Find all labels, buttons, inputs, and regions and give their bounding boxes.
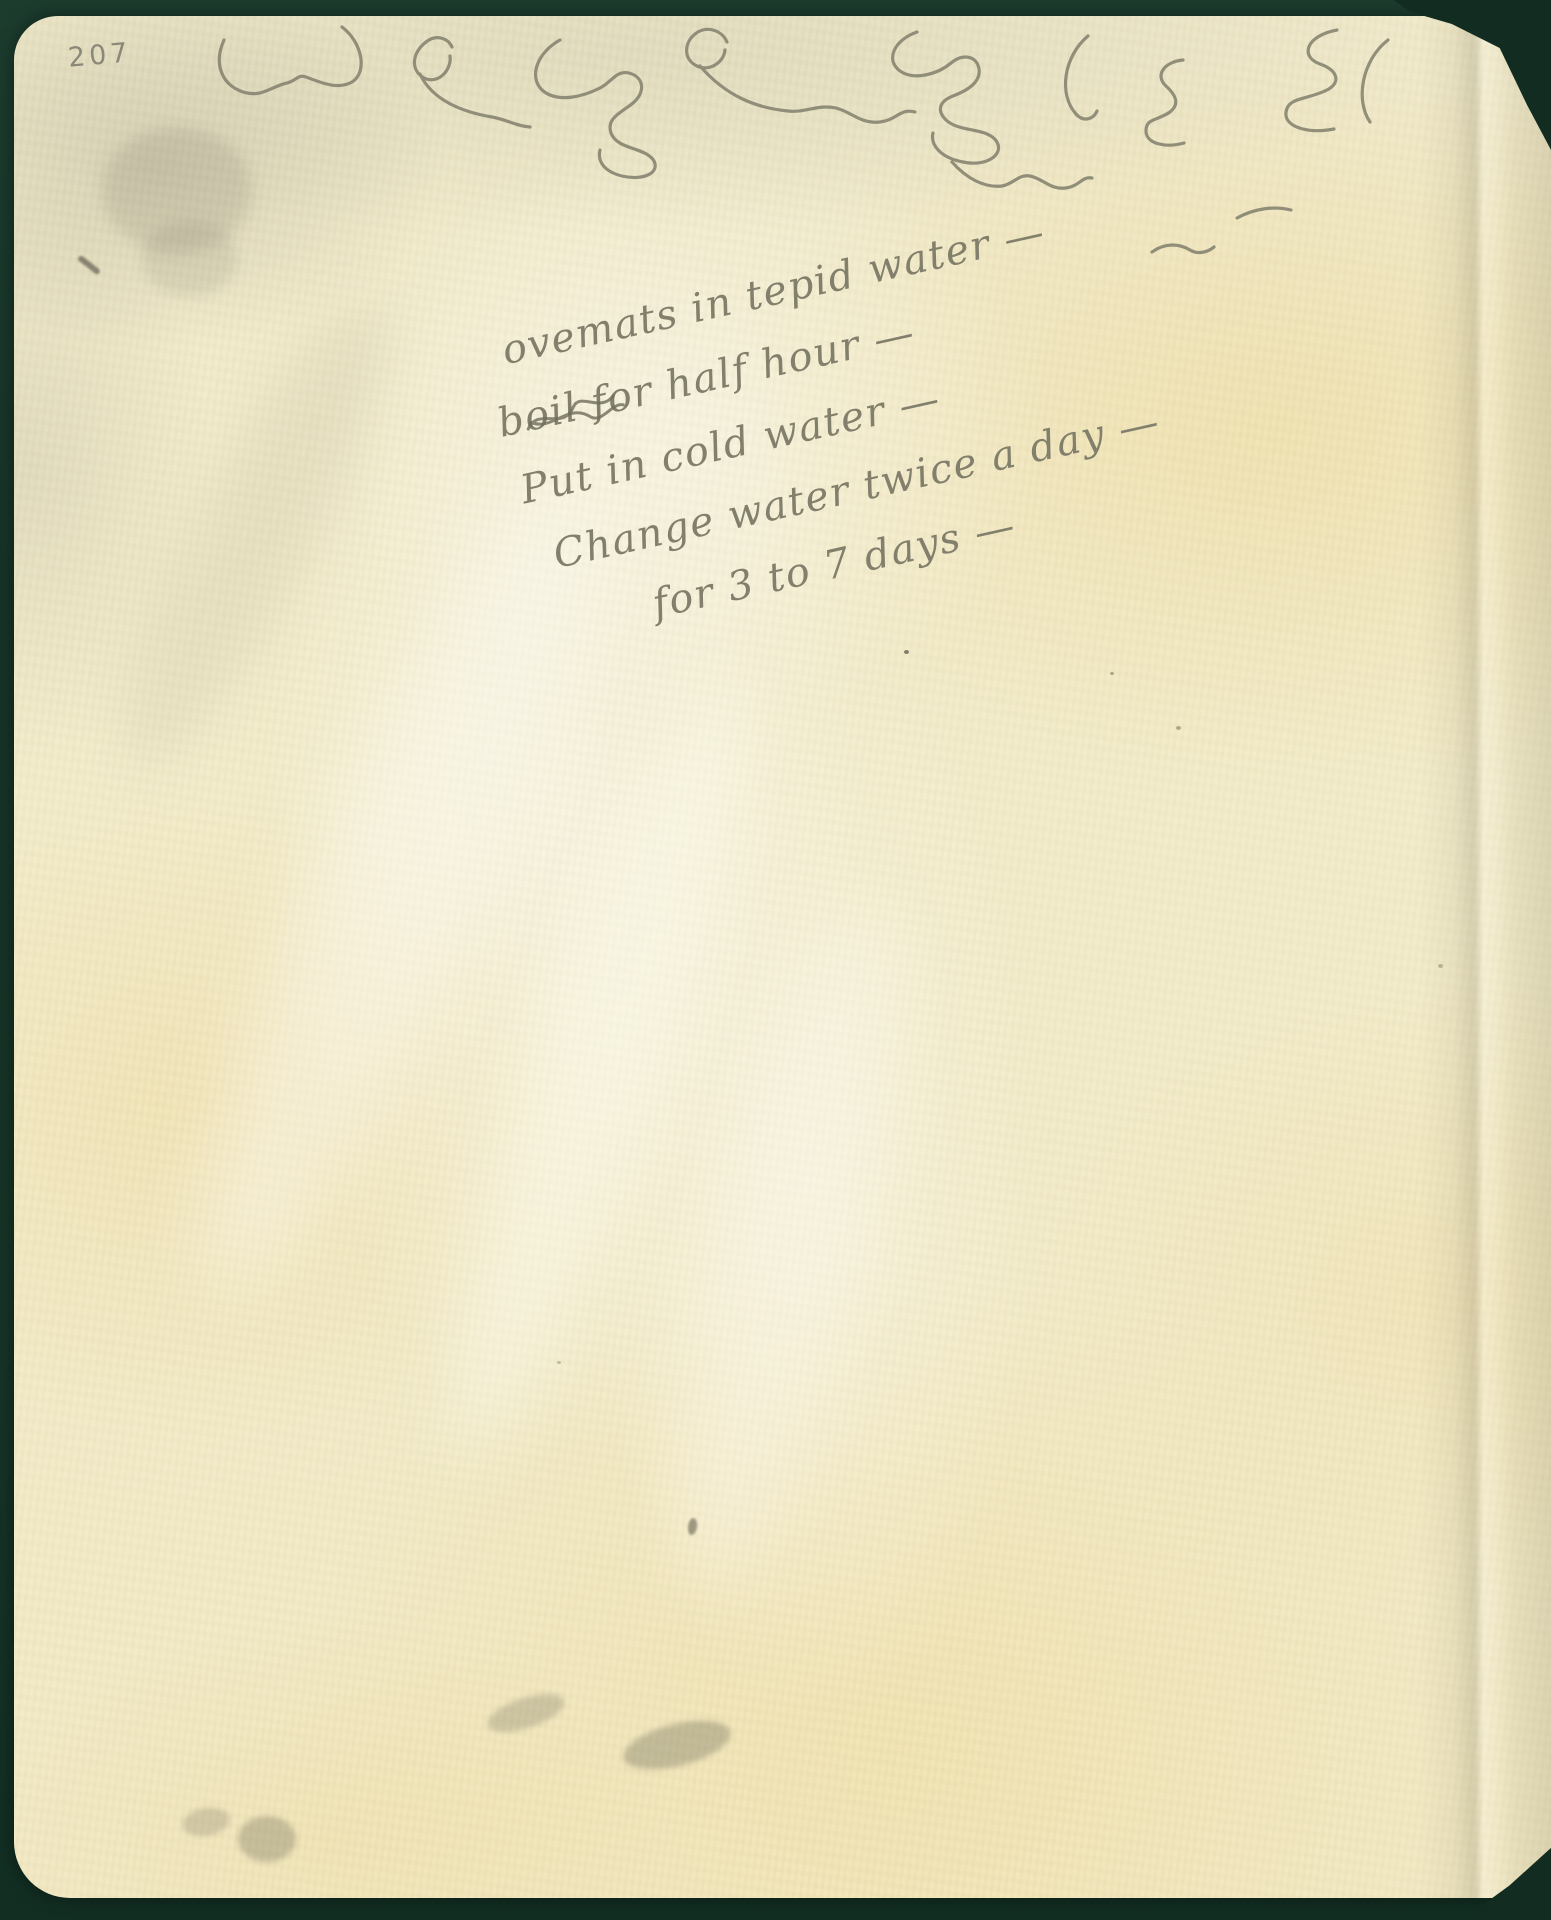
doodle-squiggle: [1286, 30, 1337, 131]
scanned-notebook-photo: 207 ovemats in tepid water — boil for ha…: [0, 0, 1551, 1920]
doodle-dash: [1237, 208, 1291, 218]
pencil-speck: [1110, 672, 1114, 675]
notebook-page: 207 ovemats in tepid water — boil for ha…: [14, 16, 1551, 1898]
doodle-squiggle: [700, 66, 915, 122]
doodle-squiggle: [952, 162, 1092, 188]
doodle-squiggle: [420, 74, 530, 127]
doodle-squiggle: [1362, 40, 1388, 122]
doodle-squiggle: [219, 27, 361, 94]
page-edge-crease: [1419, 16, 1551, 1898]
pencil-speck: [1176, 726, 1181, 730]
doodle-squiggle: [1066, 36, 1097, 119]
doodle-squiggle: [1146, 60, 1184, 145]
pencil-speck: [904, 650, 909, 654]
pencil-speck: [557, 1361, 561, 1364]
doodle-squiggle: [536, 40, 656, 178]
doodle-squiggle: [893, 32, 999, 163]
graphite-smudge: [238, 1816, 296, 1862]
doodle-squiggle: [687, 29, 727, 67]
